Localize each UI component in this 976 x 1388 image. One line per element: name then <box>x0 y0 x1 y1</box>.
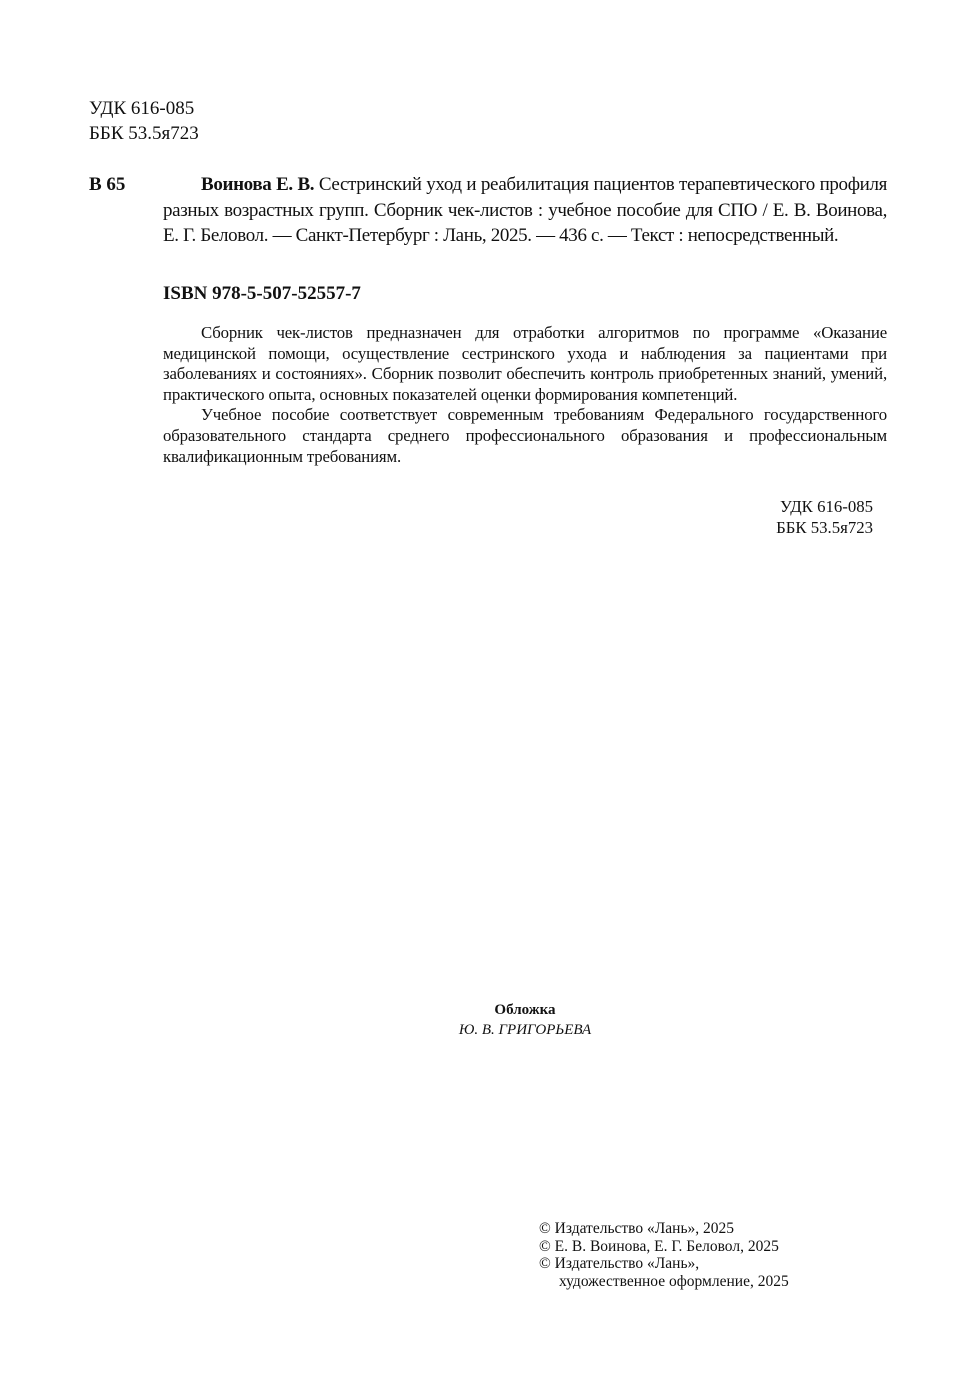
copyright-continuation: художественное оформление, 2025 <box>539 1273 789 1291</box>
copyright-line: © Издательство «Лань», 2025 <box>539 1220 789 1238</box>
author-sign: В 65 <box>89 172 125 197</box>
copyright-line: © Е. В. Воинова, Е. Г. Беловол, 2025 <box>539 1238 789 1256</box>
cover-label: Обложка <box>400 1000 650 1020</box>
annotation: Сборник чек-листов предназначен для отра… <box>163 323 887 467</box>
author-name: Воинова Е. В. <box>201 174 314 195</box>
classification-bottom: УДК 616-085 ББК 53.5я723 <box>720 496 873 538</box>
annotation-paragraph: Учебное пособие соответствует современны… <box>163 405 887 467</box>
copyright-block: © Издательство «Лань», 2025 © Е. В. Воин… <box>539 1220 789 1290</box>
udk-code: УДК 616-085 <box>89 96 199 121</box>
annotation-paragraph: Сборник чек-листов предназначен для отра… <box>163 323 887 405</box>
cover-designer: Ю. В. ГРИГОРЬЕВА <box>400 1020 650 1040</box>
copyright-line: © Издательство «Лань», <box>539 1255 789 1273</box>
cover-credit: Обложка Ю. В. ГРИГОРЬЕВА <box>400 1000 650 1040</box>
classification-top: УДК 616-085 ББК 53.5я723 <box>89 96 199 146</box>
udk-code: УДК 616-085 <box>720 496 873 517</box>
bbk-code: ББК 53.5я723 <box>720 517 873 538</box>
isbn: ISBN 978-5-507-52557-7 <box>163 282 361 306</box>
bbk-code: ББК 53.5я723 <box>89 121 199 146</box>
bibliographic-record: Воинова Е. В. Сестринский уход и реабили… <box>163 172 887 249</box>
